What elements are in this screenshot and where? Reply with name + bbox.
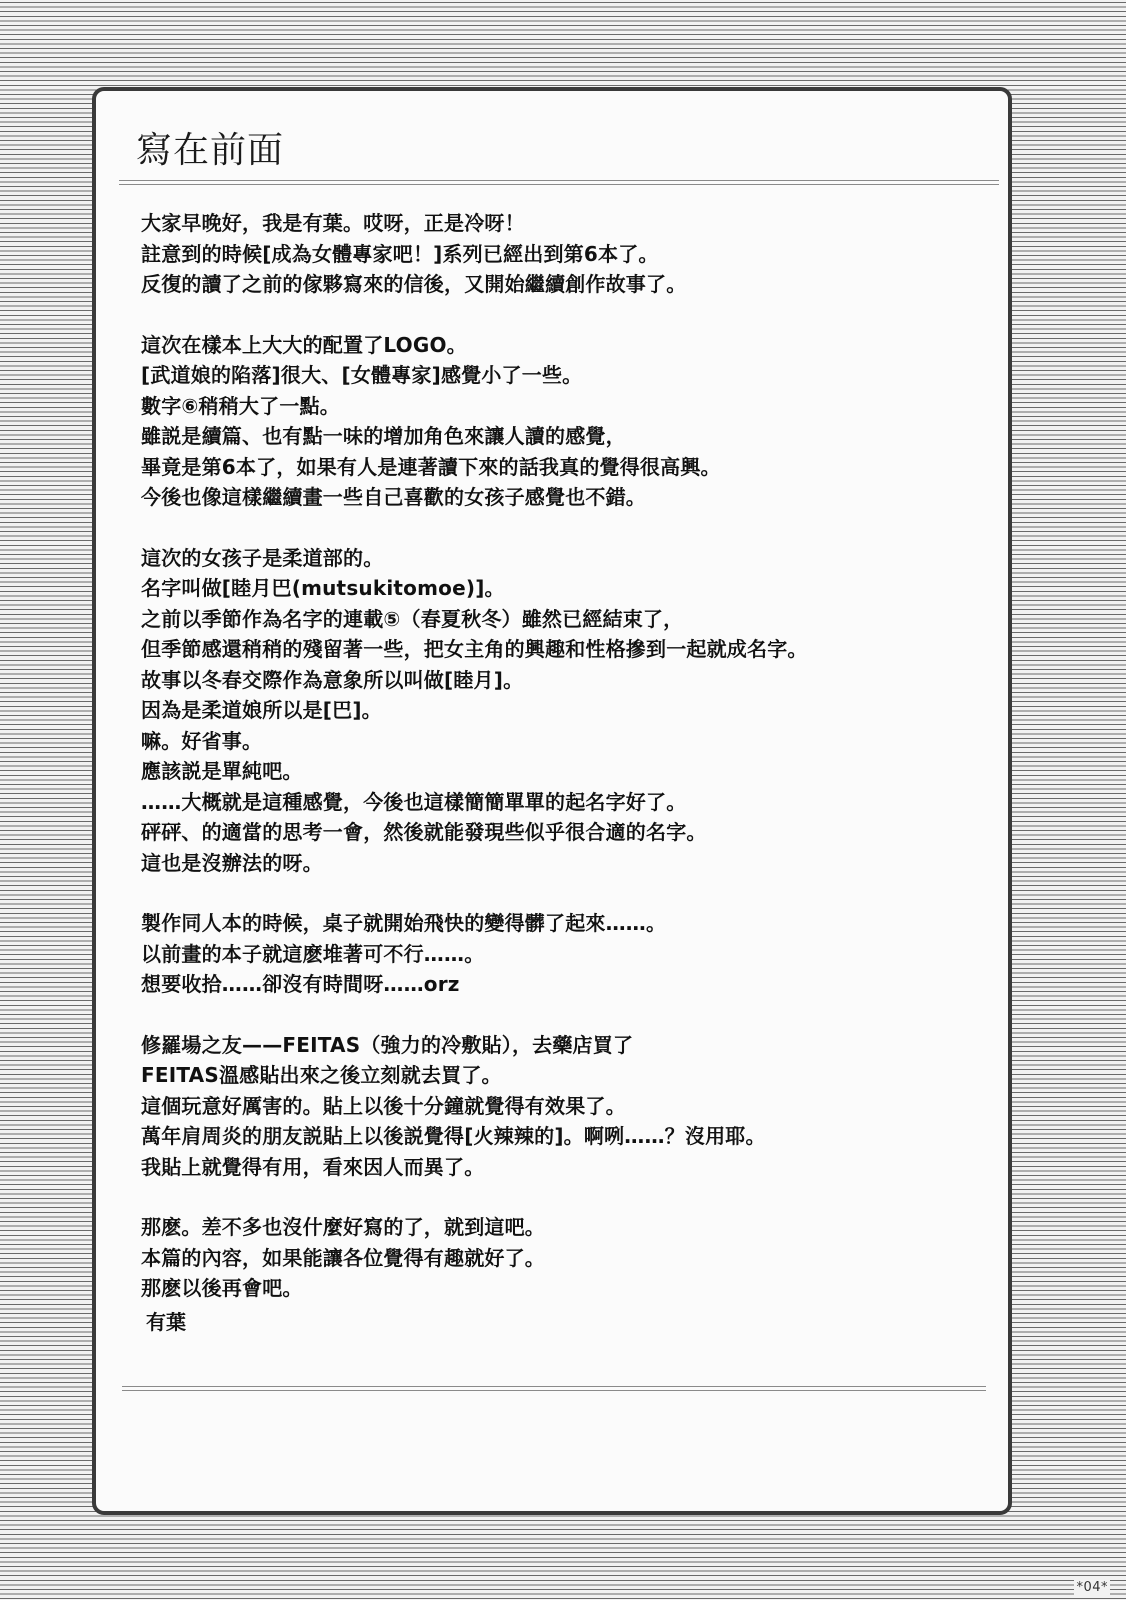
- paragraph-closing: 那麽。差不多也沒什麼好寫的了，就到這吧。 本篇的內容，如果能讓各位覺得有趣就好了…: [141, 1212, 991, 1304]
- text-line: 製作同人本的時候，桌子就開始飛快的變得髒了起來……。: [141, 908, 991, 939]
- page-number: *04*: [1074, 1580, 1110, 1596]
- text-line: 這個玩意好厲害的。貼上以後十分鐘就覺得有效果了。: [141, 1091, 991, 1122]
- text-line: 修羅場之友——FEITAS（強力的冷敷貼），去藥店買了: [141, 1030, 991, 1061]
- text-line: 砰砰、的適當的思考一會，然後就能發現些似乎很合適的名字。: [141, 817, 991, 848]
- author-signature: 有葉: [146, 1306, 186, 1335]
- text-line: 今後也像這樣繼續畫一些自己喜歡的女孩子感覺也不錯。: [141, 482, 991, 513]
- text-line: 本篇的內容，如果能讓各位覺得有趣就好了。: [141, 1243, 991, 1274]
- text-line: 雖説是續篇、也有點一味的增加角色來讓人讀的感覺，: [141, 421, 991, 452]
- text-line: 這也是沒辦法的呀。: [141, 848, 991, 879]
- page-title: 寫在前面: [136, 133, 284, 169]
- text-line: 我貼上就覺得有用，看來因人而異了。: [141, 1152, 991, 1183]
- title-divider: [119, 180, 999, 185]
- text-line: 應該説是單純吧。: [141, 756, 991, 787]
- text-line: [武道娘的陷落]很大、[女體專家]感覺小了一些。: [141, 360, 991, 391]
- text-line: 名字叫做[睦月巴(mutsukitomoe)]。: [141, 573, 991, 604]
- text-line: 這次的女孩子是柔道部的。: [141, 543, 991, 574]
- text-line: 註意到的時候[成為女體專家吧！]系列已經出到第6本了。: [141, 239, 991, 270]
- footer-divider: [122, 1386, 986, 1391]
- text-line: ……大概就是這種感覺，今後也這樣簡簡單單的起名字好了。: [141, 787, 991, 818]
- paragraph-desk: 製作同人本的時候，桌子就開始飛快的變得髒了起來……。 以前畫的本子就這麽堆著可不…: [141, 908, 991, 1000]
- text-line: 之前以季節作為名字的連載⑤（春夏秋冬）雖然已經結束了，: [141, 604, 991, 635]
- text-line: FEITAS溫感貼出來之後立刻就去買了。: [141, 1060, 991, 1091]
- text-line: 畢竟是第6本了，如果有人是連著讀下來的話我真的覺得很高興。: [141, 452, 991, 483]
- text-line: 想要收拾……卻沒有時間呀……orz: [141, 969, 991, 1000]
- paragraph-feitas: 修羅場之友——FEITAS（強力的冷敷貼），去藥店買了 FEITAS溫感貼出來之…: [141, 1030, 991, 1183]
- text-line: 嘛。好省事。: [141, 726, 991, 757]
- paragraph-logo: 這次在樣本上大大的配置了LOGO。 [武道娘的陷落]很大、[女體專家]感覺小了一…: [141, 330, 991, 513]
- text-line: 這次在樣本上大大的配置了LOGO。: [141, 330, 991, 361]
- page-frame: 寫在前面 大家早晚好，我是有葉。哎呀，正是冷呀！ 註意到的時候[成為女體專家吧！…: [92, 87, 1012, 1515]
- text-line: 大家早晚好，我是有葉。哎呀，正是冷呀！: [141, 208, 991, 239]
- text-line: 以前畫的本子就這麽堆著可不行……。: [141, 939, 991, 970]
- text-line: 故事以冬春交際作為意象所以叫做[睦月]。: [141, 665, 991, 696]
- text-line: 因為是柔道娘所以是[巴]。: [141, 695, 991, 726]
- text-line: 但季節感還稍稍的殘留著一些，把女主角的興趣和性格摻到一起就成名字。: [141, 634, 991, 665]
- text-line: 那麽以後再會吧。: [141, 1273, 991, 1304]
- text-line: 數字⑥稍稍大了一點。: [141, 391, 991, 422]
- body-text: 大家早晚好，我是有葉。哎呀，正是冷呀！ 註意到的時候[成為女體專家吧！]系列已經…: [141, 208, 991, 1334]
- text-line: 萬年肩周炎的朋友説貼上以後説覺得[火辣辣的]。啊咧……？沒用耶。: [141, 1121, 991, 1152]
- paragraph-character: 這次的女孩子是柔道部的。 名字叫做[睦月巴(mutsukitomoe)]。 之前…: [141, 543, 991, 879]
- paragraph-greeting: 大家早晚好，我是有葉。哎呀，正是冷呀！ 註意到的時候[成為女體專家吧！]系列已經…: [141, 208, 991, 300]
- text-line: 反復的讀了之前的傢夥寫來的信後，又開始繼續創作故事了。: [141, 269, 991, 300]
- text-line: 那麽。差不多也沒什麼好寫的了，就到這吧。: [141, 1212, 991, 1243]
